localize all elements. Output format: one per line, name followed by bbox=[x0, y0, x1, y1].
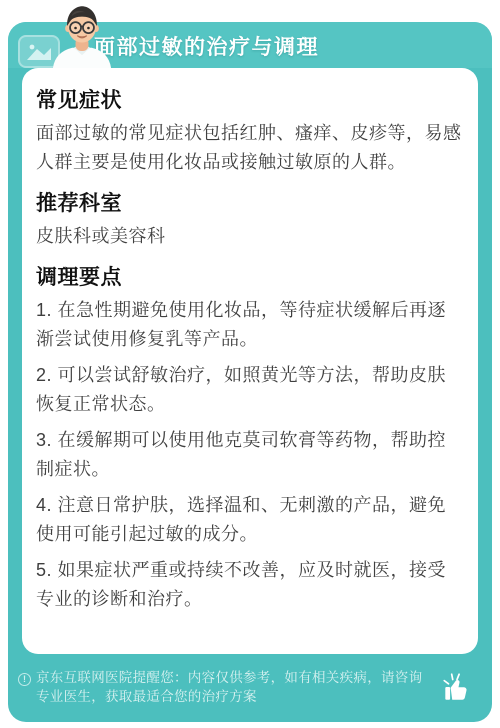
footer-disclaimer-bar: ! 京东互联网医院提醒您：内容仅供参考，如有相关疾病，请咨询专业医生，获取最适合… bbox=[8, 655, 492, 722]
care-point-item: 3. 在缓解期可以使用他克莫司软膏等药物，帮助控制症状。 bbox=[36, 426, 464, 484]
info-circle-icon: ! bbox=[18, 673, 31, 686]
section-heading-care-points: 调理要点 bbox=[36, 261, 464, 291]
symptoms-text: 面部过敏的常见症状包括红肿、瘙痒、皮疹等，易感人群主要是使用化妆品或接触过敏原的… bbox=[36, 119, 464, 177]
health-info-card-page: 面部过敏的治疗与调理 常见症状 面部过敏的常见症状包括红肿、瘙痒、皮疹等，易感人… bbox=[0, 0, 500, 728]
disclaimer-text: 京东互联网医院提醒您：内容仅供参考，如有相关疾病，请咨询专业医生，获取最适合您的… bbox=[36, 668, 434, 706]
department-text: 皮肤科或美容科 bbox=[36, 222, 464, 251]
doctor-avatar bbox=[36, 5, 128, 68]
section-heading-symptoms: 常见症状 bbox=[36, 84, 464, 114]
section-heading-department: 推荐科室 bbox=[36, 187, 464, 217]
thumbs-up-icon bbox=[440, 691, 474, 706]
content-card: 常见症状 面部过敏的常见症状包括红肿、瘙痒、皮疹等，易感人群主要是使用化妆品或接… bbox=[22, 68, 478, 654]
care-point-item: 2. 可以尝试舒敏治疗，如照黄光等方法，帮助皮肤恢复正常状态。 bbox=[36, 361, 464, 419]
care-point-item: 4. 注意日常护肤，选择温和、无刺激的产品，避免使用可能引起过敏的成分。 bbox=[36, 491, 464, 549]
thumbs-up-button[interactable] bbox=[440, 671, 474, 703]
care-point-item: 1. 在急性期避免使用化妆品，等待症状缓解后再逐渐尝试使用修复乳等产品。 bbox=[36, 296, 464, 354]
care-point-item: 5. 如果症状严重或持续不改善，应及时就医，接受专业的诊断和治疗。 bbox=[36, 556, 464, 614]
teal-frame: 面部过敏的治疗与调理 常见症状 面部过敏的常见症状包括红肿、瘙痒、皮疹等，易感人… bbox=[8, 22, 492, 722]
